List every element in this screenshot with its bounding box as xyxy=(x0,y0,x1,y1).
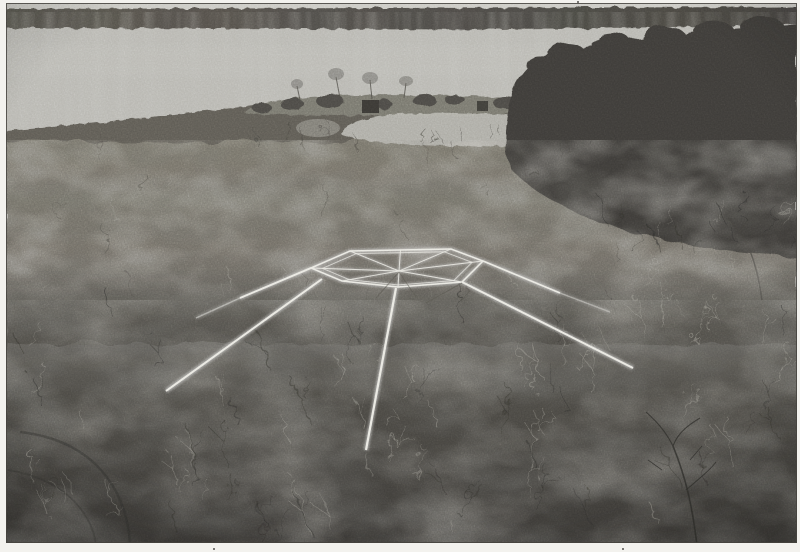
dust-specks xyxy=(213,1,624,550)
midground-dark-saplings xyxy=(51,126,611,326)
left-shoreline-scrub xyxy=(6,96,540,185)
foreground-light-branches xyxy=(25,277,795,531)
water-reflection-streaks xyxy=(6,12,797,138)
vignette xyxy=(6,3,797,543)
peninsula-tree-clumps xyxy=(252,94,517,113)
film-grain xyxy=(6,3,797,543)
photograph xyxy=(0,0,800,552)
peninsula xyxy=(245,95,536,117)
foreground-sapling xyxy=(646,412,716,545)
scrub-highlight-texture xyxy=(6,140,797,345)
foreground-brush xyxy=(6,270,797,543)
sculpture xyxy=(166,249,633,450)
water-sheen xyxy=(6,46,797,76)
sculpture-frame xyxy=(166,249,633,450)
peninsula-building xyxy=(362,100,379,113)
lake-water xyxy=(6,3,797,163)
sculpture-underside-braces xyxy=(376,272,462,303)
foreground-highlight-texture xyxy=(6,300,797,543)
inlet-water-edge xyxy=(296,119,340,137)
far-shore-treeline xyxy=(6,7,797,29)
scrub-shadow-texture xyxy=(6,140,797,345)
midground-light-tufts xyxy=(21,173,787,334)
peninsula-shed xyxy=(477,101,488,111)
foreground-shadow-texture xyxy=(6,300,797,543)
shore-branch-silhouettes xyxy=(251,116,589,158)
foreground-dark-arc-bush xyxy=(8,432,130,545)
midground-scrub xyxy=(6,142,797,344)
peninsula-bare-trees xyxy=(291,68,413,100)
sculpture-glow xyxy=(166,249,633,450)
bare-tree-silhouette xyxy=(708,208,766,300)
photo-edge xyxy=(7,4,797,543)
inlet-water xyxy=(340,113,600,147)
sky-strip xyxy=(6,3,797,12)
foreground-dark-branches xyxy=(5,271,780,537)
treeline-twigs xyxy=(594,188,787,251)
right-tree-mass xyxy=(504,17,797,300)
scanned-photo-page xyxy=(0,0,800,552)
